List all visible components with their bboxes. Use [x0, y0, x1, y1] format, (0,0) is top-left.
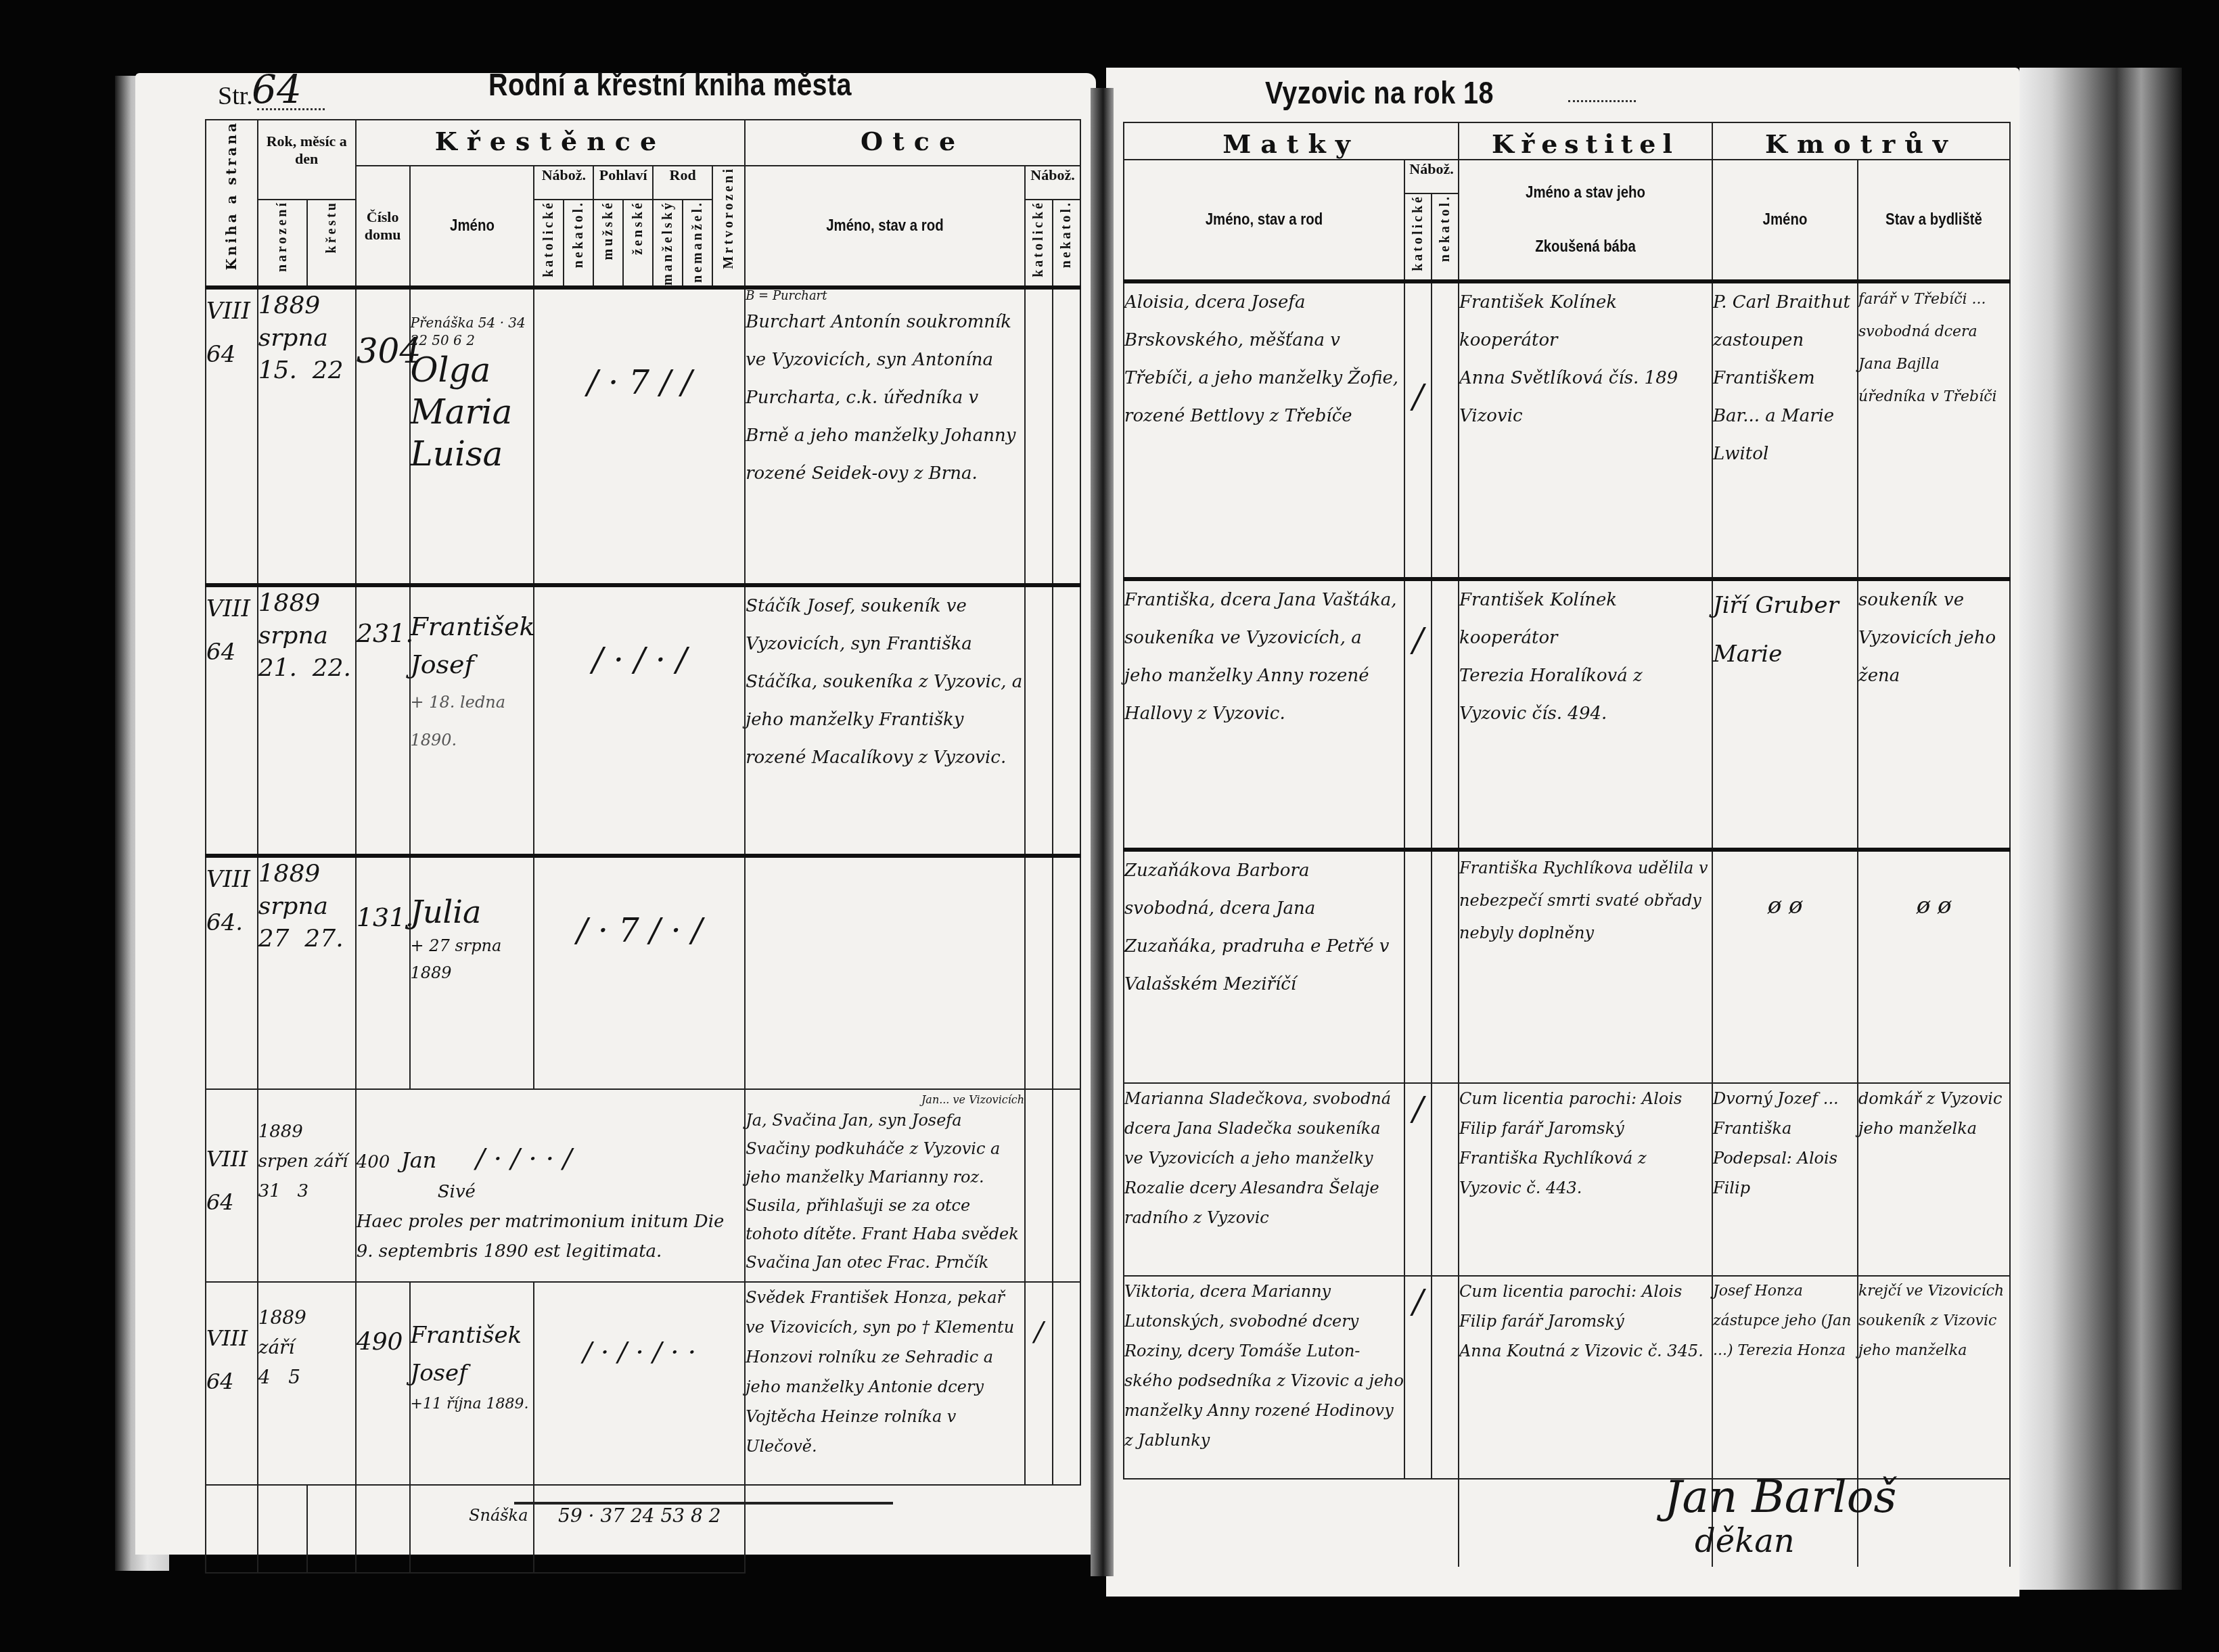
- col-name: Jméno: [419, 166, 524, 288]
- col-noncatholic: nekatol.: [564, 200, 593, 288]
- register-table-right: Matky Křestitel Kmotrův Jméno, stav a ro…: [1123, 122, 2011, 1567]
- col-father-catholic: katolické: [1025, 200, 1053, 288]
- table-row: Viktoria, dcera Marianny Lutonských, svo…: [1124, 1276, 2010, 1479]
- col-religion: Nábož.: [534, 166, 593, 200]
- totals-underline: [514, 1502, 893, 1505]
- col-mother-group: Matky: [1124, 122, 1459, 160]
- col-illegitimate: nemanžel.: [683, 200, 712, 288]
- page-number: 64: [252, 66, 302, 112]
- col-godparent-name: Jméno: [1723, 160, 1847, 281]
- totals-label: Snáška: [410, 1485, 534, 1573]
- totals-values: 59 · 37 24 53 8 2: [534, 1485, 745, 1573]
- table-row: VIII64 1889srpna15. 22 304 Přenáška 54 ·…: [206, 288, 1080, 585]
- col-father-group: Otce: [745, 120, 1080, 166]
- col-child-group: Křestěnce: [356, 120, 745, 166]
- title-right: Vyzovic na rok 18: [1265, 74, 1494, 111]
- col-legitimate: manželský: [653, 200, 683, 288]
- col-female: ženské: [623, 200, 653, 288]
- col-sex: Pohlaví: [593, 166, 653, 200]
- col-legit: Rod: [653, 166, 712, 200]
- col-date-birth: narození: [258, 200, 308, 288]
- col-mother-noncatholic: nekatol.: [1432, 193, 1459, 281]
- page-number-dotline: [257, 108, 325, 110]
- table-row: VIII64 1889srpna21. 22. 231. František J…: [206, 585, 1080, 856]
- table-row: Františka, dcera Jana Vaštáka, soukeníka…: [1124, 579, 2010, 850]
- col-date-baptism: křestu: [307, 200, 356, 288]
- col-baptizer-group: Křestitel: [1459, 122, 1712, 160]
- col-book-page: Kniha a strana: [206, 120, 258, 288]
- year-dotline: [1568, 100, 1636, 102]
- col-mother-religion: Nábož.: [1404, 160, 1459, 193]
- totals-row: Snáška 59 · 37 24 53 8 2: [206, 1485, 1080, 1573]
- col-mother-catholic: katolické: [1404, 193, 1432, 281]
- table-row: Marianna Sladečkova, svobodná dcera Jana…: [1124, 1083, 2010, 1276]
- title-left: Rodní a křestní kniha města: [488, 66, 852, 103]
- table-row: VIII64. 1889srpna27 27. 131. Julia+ 27 s…: [206, 856, 1080, 1089]
- table-row: Aloisia, dcera Josefa Brskovského, měšťa…: [1124, 281, 2010, 579]
- table-row: VIII64 1889září4 5 490 František Josef+1…: [206, 1282, 1080, 1485]
- book-gutter: [1091, 88, 1114, 1576]
- col-mother-name: Jméno, stav a rod: [1145, 160, 1383, 281]
- col-father-religion: Nábož.: [1025, 166, 1080, 200]
- book-page-edges-right: [2019, 68, 2182, 1590]
- col-male: mužské: [593, 200, 623, 288]
- col-date-group: Rok, měsíc a den: [258, 120, 356, 200]
- col-father-noncatholic: nekatol.: [1053, 200, 1080, 288]
- col-catholic: katolické: [534, 200, 564, 288]
- signature-title: děkan: [1695, 1522, 1795, 1560]
- signature-name: Jan Barloš: [1664, 1475, 1896, 1519]
- register-table-left: Kniha a strana Rok, měsíc a den Křestěnc…: [205, 119, 1081, 1574]
- table-row: Zuzaňákova Barbora svobodná, dcera Jana …: [1124, 850, 2010, 1083]
- col-father-name: Jméno, stav a rod: [766, 166, 1004, 288]
- col-godparent-status: Stav a bydliště: [1869, 160, 1998, 281]
- page-label: Str.: [218, 81, 253, 111]
- col-house-no: Číslo domu: [356, 166, 410, 288]
- col-baptizer: Jméno a stav jehoZkoušená bába: [1478, 160, 1693, 281]
- col-stillborn: Mrtvorozeni: [712, 166, 745, 288]
- col-godparents-group: Kmotrův: [1712, 122, 2010, 160]
- table-row: VIII64 1889srpen září31 3 400 Jan / · / …: [206, 1089, 1080, 1282]
